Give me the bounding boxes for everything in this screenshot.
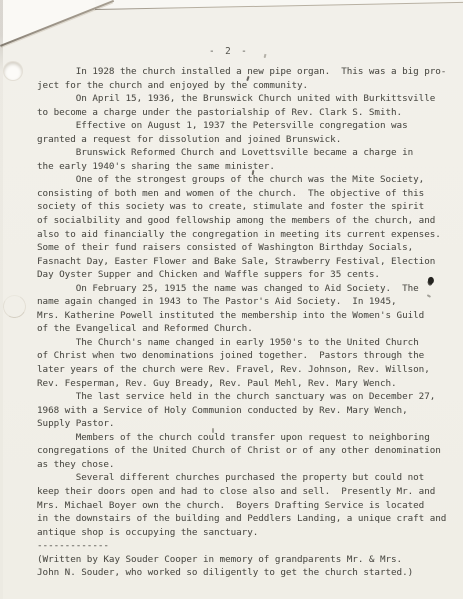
document-text: In 1928 the church installed a new pipe … [37,65,457,580]
text-line: congregations of the United Church of Ch… [37,444,457,458]
text-line: in the downstairs of the building and Pe… [37,512,457,526]
text-line: The Church's name changed in early 1950'… [37,336,457,350]
text-line: On April 15, 1936, the Brunswick Church … [37,92,457,106]
text-line: Mrs. Michael Boyer own the church. Boyer… [37,499,457,513]
page-left-edge-shade [0,0,3,599]
text-line: John N. Souder, who worked so diligently… [37,566,457,580]
hole-punch [4,62,22,80]
text-line: Some of their fund raisers consisted of … [37,241,457,255]
text-line: Day Oyster Supper and Chicken and Waffle… [37,268,457,282]
text-line: One of the strongest groups of the churc… [37,173,457,187]
text-line: to become a charge under the pastorialsh… [37,106,457,120]
page-number: - 2 - [209,46,249,57]
text-line: Mrs. Katherine Powell instituted the mem… [37,309,457,323]
text-line: consisting of both men and women of the … [37,187,457,201]
text-line: Supply Pastor. [37,417,457,431]
text-line: (Written by Kay Souder Cooper in memory … [37,553,457,567]
text-line: Rev. Fesperman, Rev. Guy Bready, Rev. Pa… [37,377,457,391]
text-line: Several different churches purchased the… [37,471,457,485]
text-line: Members of the church could transfer upo… [37,431,457,445]
text-line: later years of the church were Rev. Frav… [37,363,457,377]
text-line: as they chose. [37,458,457,472]
text-line: antique shop is occupying the sanctuary. [37,526,457,540]
text-line: granted a request for dissolution and jo… [37,133,457,147]
text-line: 1968 with a Service of Holy Communion co… [37,404,457,418]
ink-speck [264,54,267,58]
text-line: of Christ when two denominations joined … [37,349,457,363]
text-line: of socialbility and good fellowship amon… [37,214,457,228]
text-line: keep their doors open and had to close a… [37,485,457,499]
text-line: of the Evangelical and Reformed Church. [37,322,457,336]
text-line: ------------- [37,539,457,553]
document-page: - 2 - In 1928 the church installed a new… [0,0,463,599]
text-line: name again changed in 1943 to The Pastor… [37,295,457,309]
text-line: The last service held in the church sanc… [37,390,457,404]
hole-punch-faint [0,292,28,320]
text-line: also to aid financially the congregation… [37,228,457,242]
text-line: Brunswick Reformed Church and Lovettsvil… [37,146,457,160]
ink-speck [212,428,214,433]
text-line: society of this society was to create, s… [37,200,457,214]
text-line: On February 25, 1915 the name was change… [37,282,457,296]
text-line: Effective on August 1, 1937 the Petersvi… [37,119,457,133]
text-line: Fasnacht Day, Easter Flower and Bake Sal… [37,255,457,269]
text-line: the early 1940's sharing the same minist… [37,160,457,174]
